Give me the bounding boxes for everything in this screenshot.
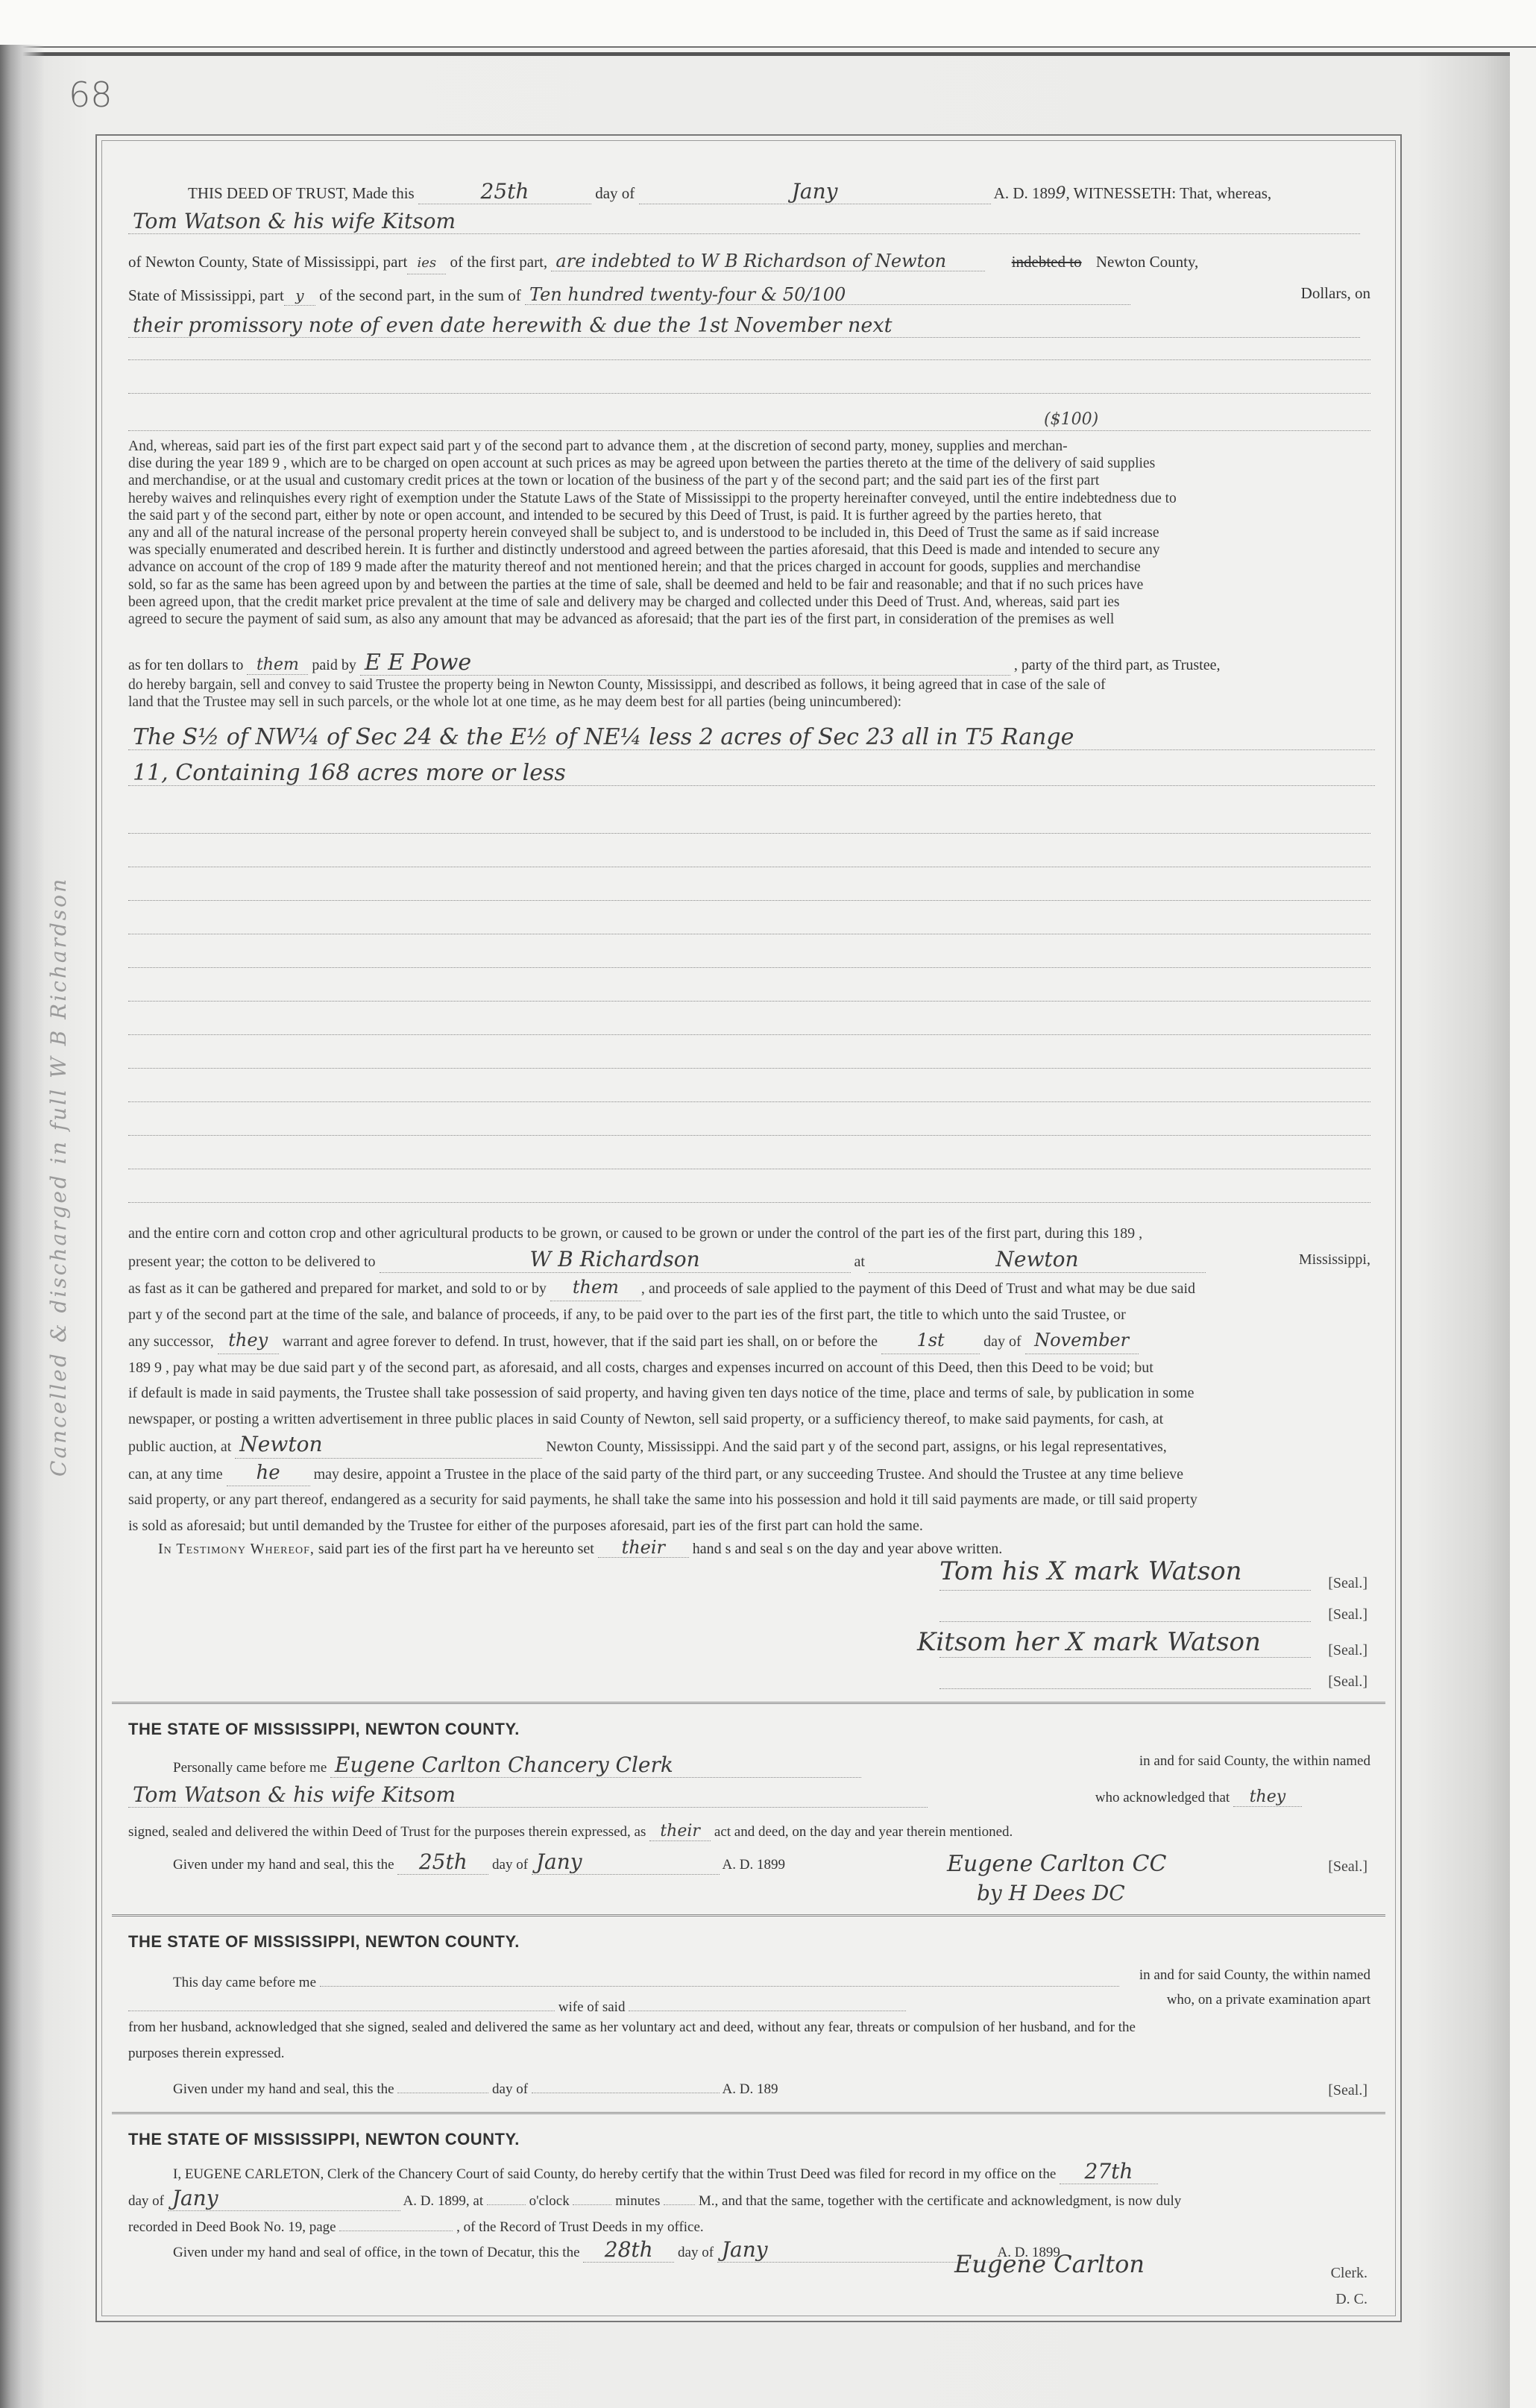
blank-rule: [128, 967, 1370, 968]
deed-of-trust-form: THIS DEED OF TRUST, Made this 25th day o…: [95, 134, 1402, 2322]
paragraph-line: hereby waives and relinquishes every rig…: [128, 490, 1370, 507]
signature-tom-watson: Tom his X mark Watson: [939, 1556, 1242, 1586]
whereas-paragraph: And, whereas, said part ies of the first…: [128, 438, 1370, 628]
day-of-label: day of: [128, 2193, 164, 2209]
blank-rule: [128, 934, 1370, 934]
property-line-1: The S½ of NW¼ of Sec 24 & the E½ of NE¼ …: [128, 725, 1370, 750]
deputy-clerk-label: D. C.: [1335, 2291, 1367, 2308]
testimony-label: In Testimony Whereof,: [158, 1541, 315, 1557]
filed-month-field: Jany: [168, 2187, 400, 2211]
within-named-label: in and for said County, the within named: [1139, 1968, 1370, 1984]
blank-rule: [128, 1169, 1370, 1169]
signature-rule: [939, 1590, 1311, 1591]
opening-line: THIS DEED OF TRUST, Made this 25th day o…: [128, 180, 1370, 204]
signed-sealed-label: signed, sealed and delivered the within …: [128, 1824, 646, 1840]
blank-rule: [128, 900, 1370, 901]
signature-rule: [939, 1621, 1311, 1622]
paragraph-line: part y of the second part at the time of…: [128, 1302, 1370, 1328]
ack2-line4: purposes therein expressed.: [128, 2046, 1370, 2062]
property-description: 11, Containing 168 acres more or less: [128, 761, 1375, 786]
paragraph-line: newspaper, or posting a written advertis…: [128, 1406, 1370, 1433]
ack2-line2: wife of said who, on a private examinati…: [128, 1993, 1370, 2016]
clerk-label: Clerk.: [1331, 2265, 1367, 2282]
deed-book-label: recorded in Deed Book No. 19, page: [128, 2219, 336, 2235]
seal-label: [Seal.]: [1328, 1673, 1367, 1691]
given-month-field: Jany: [717, 2239, 995, 2263]
witnesseth-label: , WITNESSETH: That, whereas,: [1066, 184, 1272, 202]
page-blank: [339, 2213, 453, 2231]
year-label: A. D. 189: [723, 2081, 778, 2097]
proceeds-label: , and proceeds of sale applied to the pa…: [641, 1280, 1195, 1297]
paragraph-line: any and all of the natural increase of t…: [128, 524, 1370, 541]
cert-line4: Given under my hand and seal of office, …: [128, 2239, 1370, 2263]
ack1-heading: THE STATE OF MISSISSIPPI, NEWTON COUNTY.: [128, 1720, 1370, 1738]
section-divider: [112, 2112, 1385, 2114]
due-day-field: 1st: [881, 1327, 980, 1354]
paragraph-line: And, whereas, said part ies of the first…: [128, 438, 1370, 455]
blank-rule: [128, 867, 1370, 867]
their-field: their: [598, 1538, 689, 1558]
named-parties-field: Tom Watson & his wife Kitsom: [128, 1784, 928, 1808]
ack2-line3: from her husband, acknowledged that she …: [128, 2020, 1370, 2036]
section-divider: [112, 1914, 1385, 1917]
ten-dollars-label: as for ten dollars to: [128, 657, 243, 673]
cert-heading: THE STATE OF MISSISSIPPI, NEWTON COUNTY.: [128, 2131, 1370, 2148]
party-suffix: ies: [407, 256, 446, 274]
trust-line: any successor, they warrant and agree fo…: [128, 1327, 1370, 1355]
delivery-town-field: Newton: [869, 1247, 1206, 1274]
day-of-label: day of: [678, 2245, 714, 2260]
wife-of-label: wife of said: [558, 1999, 626, 2015]
wife-name-blank: [128, 1993, 555, 2011]
sum-label: of the second part, in the sum of: [319, 286, 521, 304]
seal-label: [Seal.]: [1328, 1642, 1367, 1659]
minutes-blank: [573, 2187, 611, 2205]
property-line-2: 11, Containing 168 acres more or less: [128, 761, 1370, 786]
paragraph-line: land that the Trustee may sell in such p…: [128, 694, 1370, 711]
ad-label: A. D. 189: [994, 184, 1056, 202]
due-month-field: November: [1025, 1327, 1139, 1354]
blank-rule: [128, 359, 1370, 360]
sale-line: as fast as it can be gathered and prepar…: [128, 1274, 1370, 1302]
meridiem-blank: [664, 2187, 695, 2205]
came-before-label: Personally came before me: [173, 1760, 327, 1776]
seal-label: [Seal.]: [1328, 1858, 1367, 1876]
ack1-year-label: A. D. 1899: [723, 1857, 785, 1873]
ack1-day-field: 25th: [397, 1851, 488, 1875]
month-blank: [532, 2075, 720, 2093]
sum-line: State of Mississippi, party of the secon…: [128, 285, 1370, 306]
paragraph-line: if default is made in said payments, the…: [128, 1380, 1370, 1406]
cert-line3: recorded in Deed Book No. 19, page , of …: [128, 2213, 1370, 2236]
they-field: they: [1233, 1788, 1302, 1807]
certify-text: I, EUGENE CARLETON, Clerk of the Chancer…: [173, 2166, 1056, 2182]
party-line: of Newton County, State of Mississippi, …: [128, 251, 1370, 274]
paragraph-line: agreed to secure the payment of said sum…: [128, 611, 1370, 628]
county-label: Newton County,: [1096, 253, 1198, 271]
deputy-signature: by H Dees DC: [977, 1881, 1125, 1905]
clerk-signature: Eugene Carlton CC: [947, 1851, 1166, 1877]
page-binding-edge: [0, 45, 45, 2408]
paragraph-line: said property, or any part thereof, enda…: [128, 1487, 1370, 1513]
year-label: A. D. 1899, at: [403, 2193, 483, 2209]
advance-amount-note: ($100): [1044, 410, 1098, 429]
cert-line2: day of Jany A. D. 1899, at o'clock minut…: [128, 2187, 1370, 2211]
deed-year-digit: 9: [1056, 184, 1066, 203]
auction-label: public auction, at: [128, 1439, 231, 1455]
property-description: The S½ of NW¼ of Sec 24 & the E½ of NE¼ …: [128, 725, 1375, 750]
convey-paragraph: do hereby bargain, sell and convey to sa…: [128, 676, 1370, 711]
within-named-label: in and for said County, the within named: [1139, 1754, 1370, 1770]
blank-rule: [128, 1034, 1370, 1035]
testimony-line: In Testimony Whereof, said part ies of t…: [128, 1538, 1370, 1558]
trust-label: warrant and agree forever to defend. In …: [283, 1333, 878, 1350]
paid-by-label: paid by: [312, 657, 356, 673]
appoint-label: may desire, appoint a Trustee in the pla…: [314, 1466, 1183, 1483]
seal-label: [Seal.]: [1328, 1606, 1367, 1623]
section-divider: [112, 1702, 1385, 1704]
seal-label: [Seal.]: [1328, 1575, 1367, 1592]
first-part-label: of the first part,: [450, 253, 548, 271]
recorded-text: M., and that the same, together with the…: [699, 2193, 1181, 2209]
blank-rule: [128, 393, 1370, 394]
delivered-to-field: W B Richardson: [380, 1247, 851, 1274]
dollars-label: Dollars, on: [1301, 285, 1370, 302]
day-blank: [397, 2075, 488, 2093]
ack1-line4: Given under my hand and seal, this the 2…: [128, 1851, 1370, 1875]
testimony-text: said part ies of the first part ha ve he…: [318, 1541, 594, 1557]
paragraph-line: advance on account of the crop of 189 9 …: [128, 559, 1370, 576]
paragraph-line: 189 9 , pay what may be due said part y …: [128, 1355, 1370, 1381]
they-field: they: [218, 1327, 279, 1354]
grantors-field: Tom Watson & his wife Kitsom: [128, 210, 1360, 234]
trustee-name-field: E E Powe: [360, 650, 1010, 676]
scan-top-margin: [0, 0, 1536, 48]
blank-rule: [128, 430, 1370, 431]
officer-blank: [320, 1968, 1119, 1987]
delivery-line: present year; the cotton to be delivered…: [128, 1247, 1370, 1275]
clerk-signature: Eugene Carlton: [954, 2250, 1145, 2278]
day-of-label: day of: [492, 1857, 528, 1873]
page-number: 68: [69, 75, 113, 115]
came-before-label: This day came before me: [173, 1975, 316, 1990]
minutes-label: minutes: [615, 2193, 660, 2209]
paragraph-line: the said part y of the second part, eith…: [128, 507, 1370, 524]
their-field: their: [649, 1823, 711, 1841]
paragraph-line: and the entire corn and cotton crop and …: [128, 1221, 1370, 1247]
ack2-line5: Given under my hand and seal, this the d…: [128, 2075, 1370, 2098]
ack2-line1: This day came before me in and for said …: [128, 1968, 1370, 1991]
paragraph-line: do hereby bargain, sell and convey to sa…: [128, 676, 1370, 694]
amount-field: Ten hundred twenty-four & 50/100: [525, 285, 1130, 305]
record-label: , of the Record of Trust Deeds in my off…: [456, 2219, 704, 2235]
note-field: their promissory note of even date herew…: [128, 315, 1360, 338]
mississippi-label: Mississippi,: [1299, 1247, 1370, 1273]
deed-month-field: Jany: [639, 180, 991, 204]
hour-blank: [487, 2187, 526, 2205]
testimony-end: hand s and seal s on the day and year ab…: [693, 1541, 1002, 1557]
appoint-line: can, at any time he may desire, appoint …: [128, 1460, 1370, 1488]
acknowledged-label: who acknowledged that: [1095, 1790, 1230, 1805]
ack1-line2: Tom Watson & his wife Kitsom who acknowl…: [128, 1784, 1370, 1808]
blank-rule: [128, 1135, 1370, 1136]
act-and-deed-label: act and deed, on the day and year therei…: [714, 1824, 1013, 1840]
signature-kitsom-watson: Kitsom her X mark Watson: [917, 1627, 1261, 1657]
successor-label: any successor,: [128, 1333, 214, 1350]
private-exam-label: who, on a private examination apart: [1167, 1993, 1370, 2008]
margin-cancellation-note: Cancelled & discharged in full W B Richa…: [46, 805, 91, 1477]
note-line: their promissory note of even date herew…: [128, 315, 1370, 338]
blank-rule: [128, 1202, 1370, 1203]
paragraph-line: was specially enumerated and described h…: [128, 541, 1370, 559]
assigns-label: Newton County, Mississippi. And the said…: [546, 1439, 1166, 1455]
given-under-label: Given under my hand and seal, this the: [173, 1857, 394, 1873]
grantors-line: Tom Watson & his wife Kitsom: [128, 210, 1370, 234]
auction-line: public auction, at Newton Newton County,…: [128, 1432, 1370, 1460]
day-of-label: day of: [983, 1333, 1022, 1350]
husband-name-blank: [629, 1993, 906, 2011]
paragraph-line: and merchandise, or at the usual and cus…: [128, 472, 1370, 489]
any-time-label: can, at any time: [128, 1466, 223, 1483]
auction-town-field: Newton: [235, 1432, 542, 1459]
ack1-line3: signed, sealed and delivered the within …: [128, 1823, 1370, 1841]
at-label: at: [854, 1254, 865, 1270]
day-of-label: day of: [595, 184, 635, 202]
creditor-field: are indebted to W B Richardson of Newton: [551, 251, 985, 271]
paragraph-line: been agreed upon, that the credit market…: [128, 594, 1370, 611]
signature-rule: [939, 1657, 1311, 1658]
given-under-label: Given under my hand and seal, this the: [173, 2081, 394, 2097]
ack1-line1: Personally came before me Eugene Carlton…: [128, 1754, 1370, 1778]
paragraph-line: is sold as aforesaid; but until demanded…: [128, 1513, 1370, 1539]
second-party-suffix: y: [284, 287, 315, 306]
sold-by-field: them: [550, 1274, 641, 1301]
trustee-line: as for ten dollars to them paid by E E P…: [128, 650, 1370, 676]
crop-paragraph: and the entire corn and cotton crop and …: [128, 1221, 1370, 1538]
to-field: them: [247, 656, 308, 675]
officer-field: Eugene Carlton Chancery Clerk: [330, 1754, 861, 1778]
ack1-month-field: Jany: [532, 1851, 720, 1875]
blank-rule: [128, 1068, 1370, 1069]
day-of-label: day of: [492, 2081, 528, 2097]
party-label: of Newton County, State of Mississippi, …: [128, 253, 407, 271]
given-day-field: 28th: [583, 2239, 674, 2263]
trustee-label: , party of the third part, as Trustee,: [1014, 657, 1221, 673]
blank-rule: [128, 1101, 1370, 1102]
seal-label: [Seal.]: [1328, 2082, 1367, 2099]
cert-line1: I, EUGENE CARLETON, Clerk of the Chancer…: [128, 2160, 1370, 2184]
opening-title: THIS DEED OF TRUST, Made this: [188, 184, 415, 202]
given-office-label: Given under my hand and seal of office, …: [173, 2245, 580, 2260]
blank-rule: [128, 833, 1370, 834]
deed-day-field: 25th: [418, 180, 591, 204]
delivered-to-label: present year; the cotton to be delivered…: [128, 1254, 376, 1270]
paragraph-line: sold, so far as the same has been agreed…: [128, 576, 1370, 594]
ack2-heading: THE STATE OF MISSISSIPPI, NEWTON COUNTY.: [128, 1933, 1370, 1951]
sold-by-label: as fast as it can be gathered and prepar…: [128, 1280, 547, 1297]
paragraph-line: dise during the year 189 9 , which are t…: [128, 455, 1370, 472]
signature-rule: [939, 1688, 1311, 1689]
filed-day-field: 27th: [1060, 2160, 1158, 2184]
blank-rule: [128, 1001, 1370, 1002]
oclock-label: o'clock: [529, 2193, 570, 2209]
struck-text: indebted to: [1012, 253, 1082, 271]
state-label: State of Mississippi, part: [128, 286, 284, 304]
he-field: he: [227, 1460, 310, 1487]
